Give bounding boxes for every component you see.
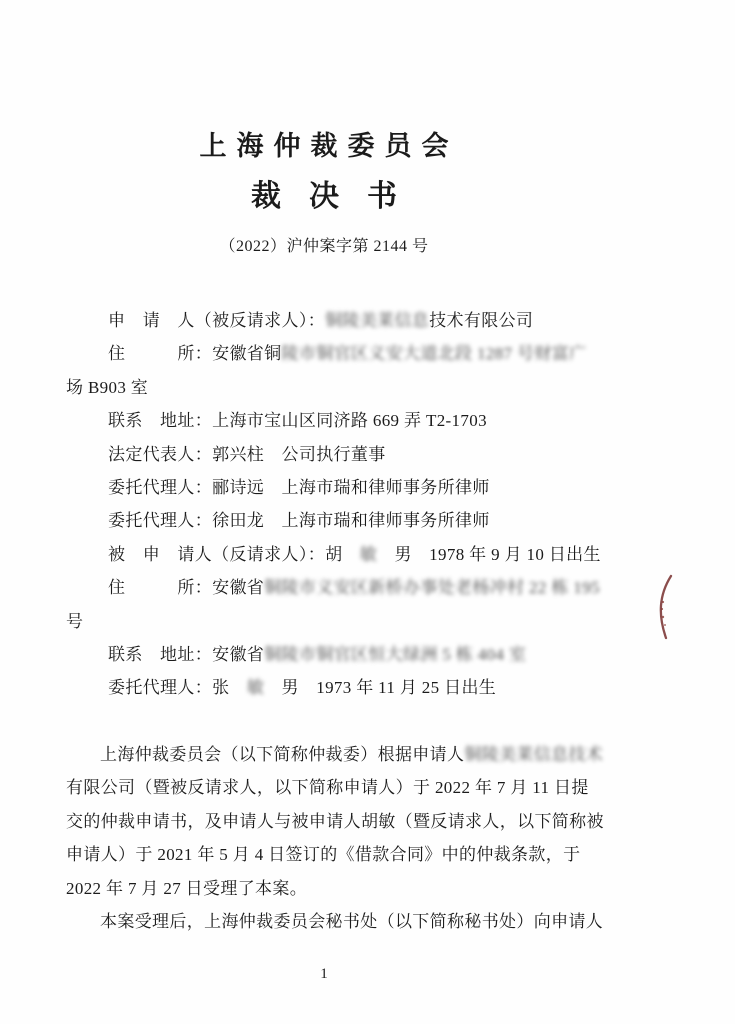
text-segment: 申请人）于 2021 年 5 月 4 日签订的《借款合同》中的仲裁条款，于 xyxy=(66,845,580,864)
text-segment: 郭兴柱 公司执行董事 xyxy=(212,445,386,464)
body-paragraphs: 上海仲裁委员会（以下简称仲裁委）根据申请人铜陵美莱信息技术有限公司（暨被反请求人… xyxy=(0,738,735,938)
text-segment: 技术有限公司 xyxy=(429,311,533,330)
text-segment: 安徽省 xyxy=(212,578,264,597)
redacted-text: 陵市铜官区义安大道北段 1287 号财富广 xyxy=(282,344,587,363)
party-line: 被 申 请人（反请求人）：胡 敏 男 1978 年 9 月 10 日出生 xyxy=(0,538,735,571)
body-line: 2022 年 7 月 27 日受理了本案。 xyxy=(0,872,735,905)
body-line: 交的仲裁申请书，及申请人与被申请人胡敏（暨反请求人，以下简称被 xyxy=(0,805,735,838)
seal-speck xyxy=(662,616,664,618)
text-segment: 联系 地址： xyxy=(108,411,212,430)
body-line: 申请人）于 2021 年 5 月 4 日签订的《借款合同》中的仲裁条款，于 xyxy=(0,838,735,871)
text-segment: 申 请 人（被反请求人）： xyxy=(108,311,325,330)
document-page: 上海仲裁委员会 裁决书 （2022）沪仲案字第 2144 号 申 请 人（被反请… xyxy=(0,0,735,1024)
text-segment: 委托代理人： xyxy=(108,478,212,497)
text-segment: 交的仲裁申请书，及申请人与被申请人胡敏（暨反请求人，以下简称被 xyxy=(66,812,604,831)
text-segment: 住 所： xyxy=(108,344,212,363)
text-segment: 法定代表人： xyxy=(108,445,212,464)
text-segment: 有限公司（暨被反请求人，以下简称申请人）于 2022 年 7 月 11 日提 xyxy=(66,778,589,797)
seal-speck xyxy=(661,608,663,610)
text-segment: 委托代理人： xyxy=(108,678,212,697)
party-line: 联系 地址：上海市宝山区同济路 669 弄 T2-1703 xyxy=(0,404,735,437)
text-segment: 场 B903 室 xyxy=(66,378,148,397)
page-footer: 1 xyxy=(0,965,648,983)
case-number: （2022）沪仲案字第 2144 号 xyxy=(0,238,648,255)
body-line: 本案受理后，上海仲裁委员会秘书处（以下简称秘书处）向申请人 xyxy=(0,905,735,938)
text-segment: 安徽省铜 xyxy=(212,344,281,363)
text-segment: 本案受理后，上海仲裁委员会秘书处（以下简称秘书处）向申请人 xyxy=(100,912,603,931)
redacted-text: 敏 xyxy=(360,545,377,564)
party-line: 法定代表人：郭兴柱 公司执行董事 xyxy=(0,438,735,471)
seal-arc-path xyxy=(661,576,671,638)
redacted-text: 铜陵市义安区新桥办事处老杨冲村 22 栋 195 xyxy=(264,578,600,597)
seal-speck xyxy=(664,624,666,626)
text-segment: 男 1973 年 11 月 25 日出生 xyxy=(264,678,496,697)
section-spacer xyxy=(0,705,735,738)
text-segment: 徐田龙 上海市瑞和律师事务所律师 xyxy=(212,511,490,530)
redacted-text: 铜陵美莱信息技术 xyxy=(464,745,603,764)
text-segment: 上海仲裁委员会（以下简称仲裁委）根据申请人 xyxy=(100,745,464,764)
redacted-text: 铜陵市铜官区恒大绿洲 5 栋 404 室 xyxy=(264,645,526,664)
redacted-text: 敏 xyxy=(247,678,264,697)
text-segment: 胡 xyxy=(325,545,360,564)
document-type-title: 裁决书 xyxy=(0,180,648,213)
party-line: 住 所：安徽省铜陵市义安区新桥办事处老杨冲村 22 栋 195 xyxy=(0,571,735,604)
party-line: 申 请 人（被反请求人）：铜陵美莱信息技术有限公司 xyxy=(0,304,735,337)
party-line: 委托代理人：郦诗远 上海市瑞和律师事务所律师 xyxy=(0,471,735,504)
organization-title: 上海仲裁委员会 xyxy=(0,131,648,162)
party-info-block: 申 请 人（被反请求人）：铜陵美莱信息技术有限公司住 所：安徽省铜陵市铜官区义安… xyxy=(0,304,735,705)
text-segment: 住 所： xyxy=(108,578,212,597)
seal-edge-mark xyxy=(652,573,680,643)
party-line: 号 xyxy=(0,605,735,638)
text-segment: 联系 地址： xyxy=(108,645,212,664)
party-line: 委托代理人：徐田龙 上海市瑞和律师事务所律师 xyxy=(0,504,735,537)
party-line: 联系 地址：安徽省铜陵市铜官区恒大绿洲 5 栋 404 室 xyxy=(0,638,735,671)
text-segment: 男 1978 年 9 月 10 日出生 xyxy=(377,545,601,564)
text-segment: 郦诗远 上海市瑞和律师事务所律师 xyxy=(212,478,490,497)
text-segment: 上海市宝山区同济路 669 弄 T2-1703 xyxy=(212,411,487,430)
text-segment: 被 申 请人（反请求人）： xyxy=(108,545,325,564)
seal-speck xyxy=(662,601,664,603)
text-segment: 张 xyxy=(212,678,247,697)
text-segment: 委托代理人： xyxy=(108,511,212,530)
party-line: 住 所：安徽省铜陵市铜官区义安大道北段 1287 号财富广 xyxy=(0,337,735,370)
page-number: 1 xyxy=(320,966,328,982)
text-segment: 号 xyxy=(66,612,83,631)
party-line: 场 B903 室 xyxy=(0,371,735,404)
text-segment: 2022 年 7 月 27 日受理了本案。 xyxy=(66,879,307,898)
redacted-text: 铜陵美莱信息 xyxy=(325,311,429,330)
text-segment: 安徽省 xyxy=(212,645,264,664)
body-line: 上海仲裁委员会（以下简称仲裁委）根据申请人铜陵美莱信息技术 xyxy=(0,738,735,771)
body-line: 有限公司（暨被反请求人，以下简称申请人）于 2022 年 7 月 11 日提 xyxy=(0,771,735,804)
document-header: 上海仲裁委员会 裁决书 （2022）沪仲案字第 2144 号 xyxy=(0,0,648,255)
party-line: 委托代理人：张 敏 男 1973 年 11 月 25 日出生 xyxy=(0,671,735,704)
